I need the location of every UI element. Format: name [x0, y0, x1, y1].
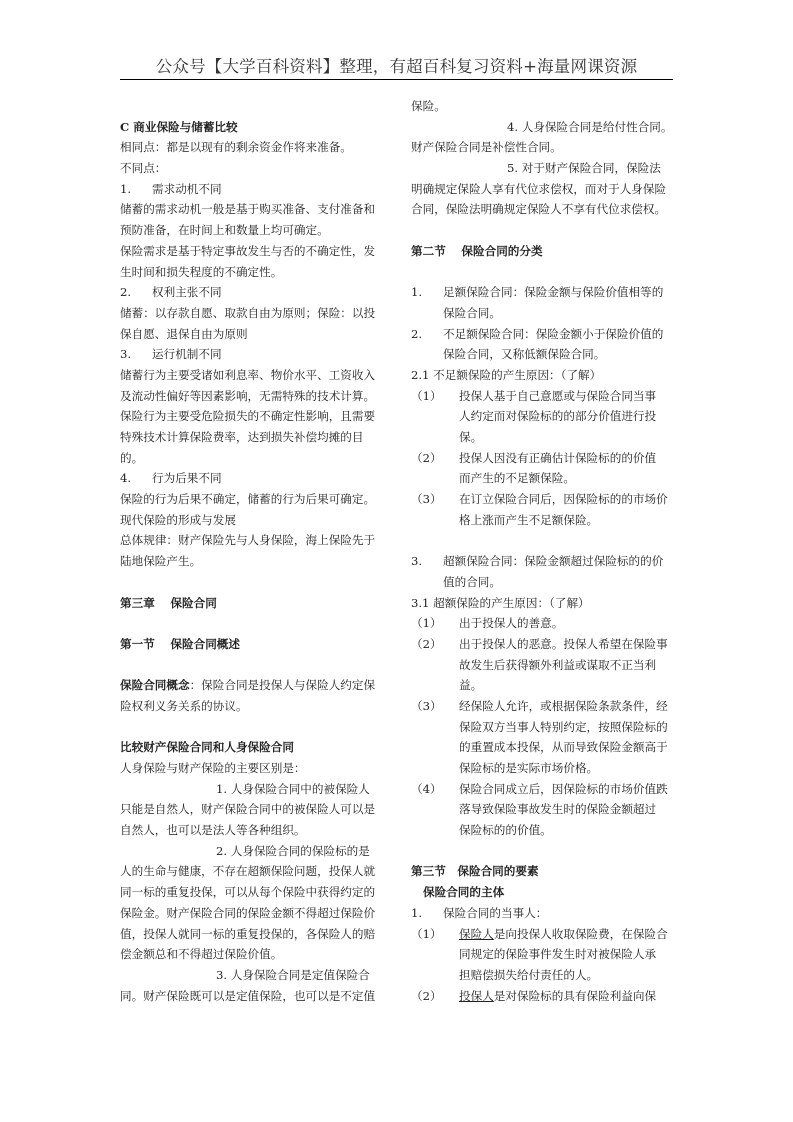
paragraph: 同。财产保险既可以是定值保险，也可以是不定值 [120, 986, 388, 1007]
subsection-title: 3.1 超额保险的产生原因：（了解） [411, 593, 679, 614]
paragraph: 财产保险合同是补偿性合同。 [411, 137, 679, 158]
list-number: 4. [120, 468, 152, 489]
list-item-title: 需求动机不同 [152, 182, 222, 196]
paragraph: 险权利义务关系的协议。 [120, 696, 388, 717]
list-number: 3. [411, 551, 443, 572]
list-item-continuation: 保险合同，又称低额保险合同。 [411, 344, 679, 365]
list-item-text: 不足额保险合同：保险金额小于保险价值的 [443, 327, 663, 341]
left-column: C 商业保险与储蓄比较 相同点：都是以现有的剩余资金作将来准备。 不同点： 1.… [120, 96, 388, 1006]
list-item-continuation: 保险合同。 [411, 303, 679, 324]
paragraph: 4. 人身保险合同是给付性合同。 [411, 117, 679, 138]
subsection-title: 保险合同的主体 [411, 882, 679, 903]
list-item-continuation: 格上涨而产生不足额保险。 [411, 510, 679, 531]
list-item-continuation: 担赔偿损失给付责任的人。 [411, 965, 679, 986]
paragraph: 人身保险与财产保险的主要区别是： [120, 758, 388, 779]
page-header: 公众号【大学百科资料】整理，有超百科复习资料+海量网课资源 [120, 56, 673, 78]
section-title: C 商业保险与储蓄比较 [120, 117, 388, 138]
list-item-text: 出于投保人的善意。 [459, 616, 563, 630]
paragraph: 自然人，也可以是法人等各种组织。 [120, 820, 388, 841]
list-number: （4） [411, 779, 459, 800]
paragraph: 的。 [120, 448, 388, 469]
list-item: 2.权利主张不同 [120, 282, 388, 303]
list-item: （3）经保险人允许，或根据保险条款条件，经 [411, 696, 679, 717]
list-item-continuation: 人约定而对保险标的的部分价值进行投 [411, 406, 679, 427]
list-item: 4.行为后果不同 [120, 468, 388, 489]
list-number: 2. [411, 324, 443, 345]
list-item-continuation: 同规定的保险事件发生时对被保险人承 [411, 944, 679, 965]
list-item-text: 是向投保人收取保险费，在保险合 [494, 927, 668, 941]
paragraph: 5. 对于财产保险合同，保险法 [411, 158, 679, 179]
paragraph: 3. 人身保险合同是定值保险合 [120, 965, 388, 986]
list-item-continuation: 保险双方当事人特别约定，按照保险标的 [411, 717, 679, 738]
list-item-continuation: 保险标的的价值。 [411, 820, 679, 841]
list-item-text: 出于投保人的恶意。投保人希望在保险事 [459, 637, 668, 651]
paragraph: 储蓄行为主要受诸如利息率、物价水平、工资收入 [120, 365, 388, 386]
paragraph: 生时间和损失程度的不确定性。 [120, 262, 388, 283]
list-number: （2） [411, 634, 459, 655]
paragraph: 保险的行为后果不确定，储蓄的行为后果可确定。 [120, 489, 388, 510]
list-item-text: 在订立保险合同后，因保险标的的市场价 [459, 492, 668, 506]
paragraph: 储蓄的需求动机一般是基于购买准备、支付准备和 [120, 199, 388, 220]
list-item: （1）出于投保人的善意。 [411, 613, 679, 634]
list-item: 3.超额保险合同：保险金额超过保险标的的价 [411, 551, 679, 572]
section-title: 第三节 保险合同的要素 [411, 861, 679, 882]
list-item-continuation: 落导致保险事故发生时的保险金额超过 [411, 799, 679, 820]
list-item-text: 投保人基于自己意愿或与保险合同当事 [459, 389, 656, 403]
list-number: （1） [411, 386, 459, 407]
list-number: （3） [411, 489, 459, 510]
list-item: （2）出于投保人的恶意。投保人希望在保险事 [411, 634, 679, 655]
list-item-title: 运行机制不同 [152, 347, 222, 361]
list-item: （4）保险合同成立后，因保险标的市场价值跌 [411, 779, 679, 800]
section-title: 第二节 保险合同的分类 [411, 241, 679, 262]
paragraph: 保险需求是基于特定事故发生与否的不确定性，发 [120, 241, 388, 262]
list-item-text: 保险合同成立后，因保险标的市场价值跌 [459, 782, 668, 796]
paragraph: 同一标的重复投保，可以从每个保险中获得约定的 [120, 882, 388, 903]
paragraph: 保险。 [411, 96, 679, 117]
list-item-text: 超额保险合同：保险金额超过保险标的的价 [443, 554, 663, 568]
paragraph: 2. 人身保险合同的保险标的是 [120, 841, 388, 862]
list-number: 1. [411, 282, 443, 303]
list-item: 3.运行机制不同 [120, 344, 388, 365]
list-item-continuation: 值的合同。 [411, 572, 679, 593]
paragraph: 保险行为主要受危险损失的不确定性影响，且需要 [120, 406, 388, 427]
paragraph: 偿金额总和不得超过保险价值。 [120, 944, 388, 965]
section-title: 第一节 保险合同概述 [120, 634, 388, 655]
list-item: 1.足额保险合同：保险金额与保险价值相等的 [411, 282, 679, 303]
paragraph: 现代保险的形成与发展 [120, 510, 388, 531]
list-item: （1）保险人是向投保人收取保险费，在保险合 [411, 924, 679, 945]
paragraph: 储蓄：以存款自愿、取款自由为原则；保险：以投 [120, 303, 388, 324]
list-number: （3） [411, 696, 459, 717]
list-item-title: 权利主张不同 [152, 285, 222, 299]
header-rule [120, 79, 673, 80]
list-item-text: 经保险人允许，或根据保险条款条件，经 [459, 699, 668, 713]
list-item: 1.需求动机不同 [120, 179, 388, 200]
paragraph: 预防准备，在时间上和数量上均可确定。 [120, 220, 388, 241]
list-item: （2）投保人是对保险标的具有保险利益向保 [411, 986, 679, 1007]
list-number: （1） [411, 613, 459, 634]
list-item: 2.不足额保险合同：保险金额小于保险价值的 [411, 324, 679, 345]
definition-text: ：保险合同是投保人与保险人约定保 [190, 678, 376, 692]
list-item: （2）投保人因没有正确估计保险标的的价值 [411, 448, 679, 469]
paragraph: 及流动性偏好等因素影响，无需特殊的技术计算。 [120, 386, 388, 407]
list-item-continuation: 益。 [411, 675, 679, 696]
list-item-text: 是对保险标的具有保险利益向保 [494, 989, 656, 1003]
subsection-title: 2.1 不足额保险的产生原因：（了解） [411, 365, 679, 386]
chapter-title: 第三章 保险合同 [120, 593, 388, 614]
paragraph: 特殊技术计算保险费率，达到损失补偿均摊的目 [120, 427, 388, 448]
list-number: 1. [120, 179, 152, 200]
paragraph: 合同，保险法明确规定保险人不享有代位求偿权。 [411, 199, 679, 220]
list-item-text: 保险合同的当事人： [443, 906, 547, 920]
subsection-title: 比较财产保险合同和人身保险合同 [120, 737, 388, 758]
list-item: （3）在订立保险合同后，因保险标的的市场价 [411, 489, 679, 510]
list-item-continuation: 保。 [411, 427, 679, 448]
definition: 保险合同概念：保险合同是投保人与保险人约定保 [120, 675, 388, 696]
list-item: 1.保险合同的当事人： [411, 903, 679, 924]
list-number: 1. [411, 903, 443, 924]
paragraph: 1. 人身保险合同中的被保险人 [120, 779, 388, 800]
list-number: 3. [120, 344, 152, 365]
list-item-continuation: 的重置成本投保，从而导致保险金额高于 [411, 737, 679, 758]
list-number: （2） [411, 448, 459, 469]
paragraph: 保自愿、退保自由为原则 [120, 324, 388, 345]
paragraph: 值，投保人就同一标的重复投保的，各保险人的赔 [120, 924, 388, 945]
list-item-title: 行为后果不同 [152, 471, 222, 485]
term-insurer: 保险人 [459, 927, 494, 941]
paragraph: 明确规定保险人享有代位求偿权，而对于人身保险 [411, 179, 679, 200]
right-column: 保险。 4. 人身保险合同是给付性合同。 财产保险合同是补偿性合同。 5. 对于… [411, 96, 679, 1006]
paragraph: 总体规律：财产保险先与人身保险，海上保险先于 [120, 530, 388, 551]
list-item-text: 足额保险合同：保险金额与保险价值相等的 [443, 285, 663, 299]
paragraph: 只能是自然人，财产保险合同中的被保险人可以是 [120, 799, 388, 820]
list-item: （1）投保人基于自己意愿或与保险合同当事 [411, 386, 679, 407]
paragraph: 人的生命与健康，不存在超额保险问题，投保人就 [120, 861, 388, 882]
list-item-continuation: 而产生的不足额保险。 [411, 468, 679, 489]
list-number: （1） [411, 924, 459, 945]
list-number: 2. [120, 282, 152, 303]
definition-term: 保险合同概念 [120, 678, 190, 692]
list-item-text: 投保人因没有正确估计保险标的的价值 [459, 451, 656, 465]
paragraph: 相同点：都是以现有的剩余资金作将来准备。 [120, 137, 388, 158]
paragraph: 不同点： [120, 158, 388, 179]
paragraph: 陆地保险产生。 [120, 551, 388, 572]
list-item-continuation: 故发生后获得额外利益或谋取不正当利 [411, 655, 679, 676]
list-number: （2） [411, 986, 459, 1007]
paragraph: 保险金。财产保险合同的保险金额不得超过保险价 [120, 903, 388, 924]
list-item-continuation: 保险标的是实际市场价格。 [411, 758, 679, 779]
term-policyholder: 投保人 [459, 989, 494, 1003]
